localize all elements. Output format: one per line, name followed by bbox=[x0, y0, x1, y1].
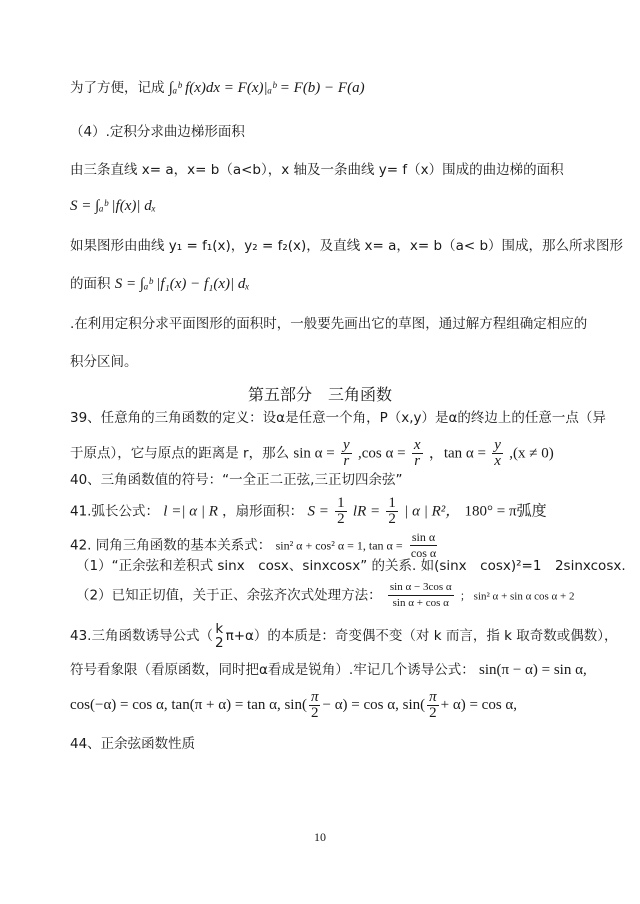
item-44: 44、正余弦函数性质 bbox=[70, 734, 195, 754]
formula: S = ∫ₐᵇ |f₁(x) − f₁(x)| dₓ bbox=[115, 276, 250, 292]
fraction: yr bbox=[341, 438, 352, 469]
formula: ，tan α = bbox=[429, 446, 486, 462]
text: ，扇形面积： bbox=[222, 504, 303, 520]
numerator: 1 bbox=[386, 496, 398, 512]
formula: ； sin² α + sin α cos α + 2 bbox=[460, 591, 575, 603]
fraction: yx bbox=[492, 438, 503, 469]
induction-formulas: cos(−α) = cos α, tan(π + α) = tan α, sin… bbox=[70, 690, 517, 721]
area-between-curves-line: 的面积 S = ∫ₐᵇ |f₁(x) − f₁(x)| dₓ bbox=[70, 274, 250, 294]
item-42-sub1: （1）“正余弦和差积式 sinx cosx、sinxcosx” 的关系. 如(s… bbox=[76, 556, 626, 576]
text: 41.弧长公式： bbox=[70, 504, 159, 520]
numerator: sin α − 3cos α bbox=[388, 580, 454, 596]
paragraph: 由三条直线 x= a，x= b（a<b），x 轴及一条曲线 y= f（x）围成的… bbox=[70, 160, 564, 180]
section-title: 第五部分 三角函数 bbox=[0, 382, 640, 405]
formula: cos(−α) = cos α, tan(π + α) = tan α, sin… bbox=[70, 697, 307, 713]
formula: ,(x ≠ 0) bbox=[509, 446, 553, 462]
item-41: 41.弧长公式： l =| α | R ，扇形面积： S = 12 lR = 1… bbox=[70, 496, 547, 527]
denominator: sin α + cos α bbox=[391, 596, 451, 611]
formula: sin α = bbox=[293, 446, 334, 462]
text: 于原点），它与原点的距离是 r，那么 bbox=[70, 446, 289, 462]
numerator: y bbox=[341, 438, 352, 454]
numerator: 1 bbox=[335, 496, 347, 512]
denominator: 2 bbox=[309, 706, 321, 721]
text: （2）已知正切值，关于正、余弦齐次式处理方法： bbox=[76, 588, 382, 604]
item-42-sub2: （2）已知正切值，关于正、余弦齐次式处理方法： sin α − 3cos αsi… bbox=[76, 580, 575, 611]
formula: ,cos α = bbox=[358, 446, 406, 462]
numerator: y bbox=[492, 438, 503, 454]
formula: | α | R²， bbox=[404, 504, 460, 520]
denominator: 2 bbox=[427, 706, 439, 721]
fraction: k2 bbox=[215, 622, 224, 650]
denominator: r bbox=[412, 454, 422, 469]
fraction: 12 bbox=[335, 496, 347, 527]
denominator: 2 bbox=[335, 512, 347, 527]
formula: + α) = cos α, bbox=[441, 697, 517, 713]
item-40: 40、三角函数值的符号：“一全正二正弦,三正切四余弦” bbox=[70, 470, 402, 490]
text: 符号看象限（看原函数，同时把α看成是锐角）.牢记几个诱导公式： bbox=[70, 662, 475, 678]
formula: sin² α + cos² α = 1, tan α = bbox=[276, 539, 403, 553]
formula: l =| α | R bbox=[163, 504, 218, 520]
formula: S = ∫ₐᵇ |f(x)| dₓ bbox=[70, 198, 156, 214]
text: π+α）的本质是：奇变偶不变（对 k 而言，指 k 取奇数或偶数）， bbox=[226, 628, 618, 644]
paragraph: 如果图形由曲线 y₁ = f₁(x)，y₂ = f₂(x)，及直线 x= a，x… bbox=[70, 236, 623, 256]
numerator: x bbox=[412, 438, 423, 454]
page-number: 10 bbox=[0, 830, 640, 845]
numerator: π bbox=[427, 690, 439, 706]
paragraph: 积分区间。 bbox=[70, 352, 138, 372]
formula: S = bbox=[307, 504, 328, 520]
area-formula: S = ∫ₐᵇ |f(x)| dₓ bbox=[70, 196, 156, 216]
fraction: π2 bbox=[309, 690, 321, 721]
formula: lR = bbox=[353, 504, 380, 520]
paragraph: .在利用定积分求平面图形的面积时，一般要先画出它的草图，通过解方程组确定相应的 bbox=[70, 314, 587, 334]
item-43-line2: 符号看象限（看原函数，同时把α看成是锐角）.牢记几个诱导公式： sin(π − … bbox=[70, 660, 587, 680]
text: 为了方便，记成 bbox=[70, 80, 165, 96]
text: 的面积 bbox=[70, 276, 111, 292]
item-43-line1: 43.三角函数诱导公式（k2π+α）的本质是：奇变偶不变（对 k 而言，指 k … bbox=[70, 622, 617, 650]
text: 42. 同角三角函数的基本关系式： bbox=[70, 538, 271, 554]
formula: 180° = π弧度 bbox=[465, 504, 547, 520]
denominator: x bbox=[492, 454, 503, 469]
formula: − α) = cos α, sin( bbox=[322, 697, 425, 713]
denominator: r bbox=[341, 454, 351, 469]
item-39-line2: 于原点），它与原点的距离是 r，那么 sin α = yr ,cos α = x… bbox=[70, 438, 554, 469]
fraction: 12 bbox=[386, 496, 398, 527]
fraction: π2 bbox=[427, 690, 439, 721]
fraction: xr bbox=[412, 438, 423, 469]
numerator: k bbox=[215, 622, 223, 636]
integral-notation-line: 为了方便，记成 ∫ₐᵇ f(x)dx = F(x)|ₐᵇ = F(b) − F(… bbox=[70, 78, 365, 98]
subsection-heading: （4）.定积分求曲边梯形面积 bbox=[70, 122, 245, 142]
numerator: sin α bbox=[410, 530, 437, 546]
numerator: π bbox=[309, 690, 321, 706]
denominator: 2 bbox=[386, 512, 398, 527]
item-39-line1: 39、任意角的三角函数的定义：设α是任意一个角，P（x,y）是α的终边上的任意一… bbox=[70, 408, 606, 428]
integral-formula: ∫ₐᵇ f(x)dx = F(x)|ₐᵇ = F(b) − F(a) bbox=[169, 80, 365, 96]
formula: sin(π − α) = sin α, bbox=[479, 662, 587, 678]
text: 43.三角函数诱导公式（ bbox=[70, 628, 213, 644]
denominator: 2 bbox=[215, 636, 224, 650]
fraction: sin α − 3cos αsin α + cos α bbox=[388, 580, 454, 611]
